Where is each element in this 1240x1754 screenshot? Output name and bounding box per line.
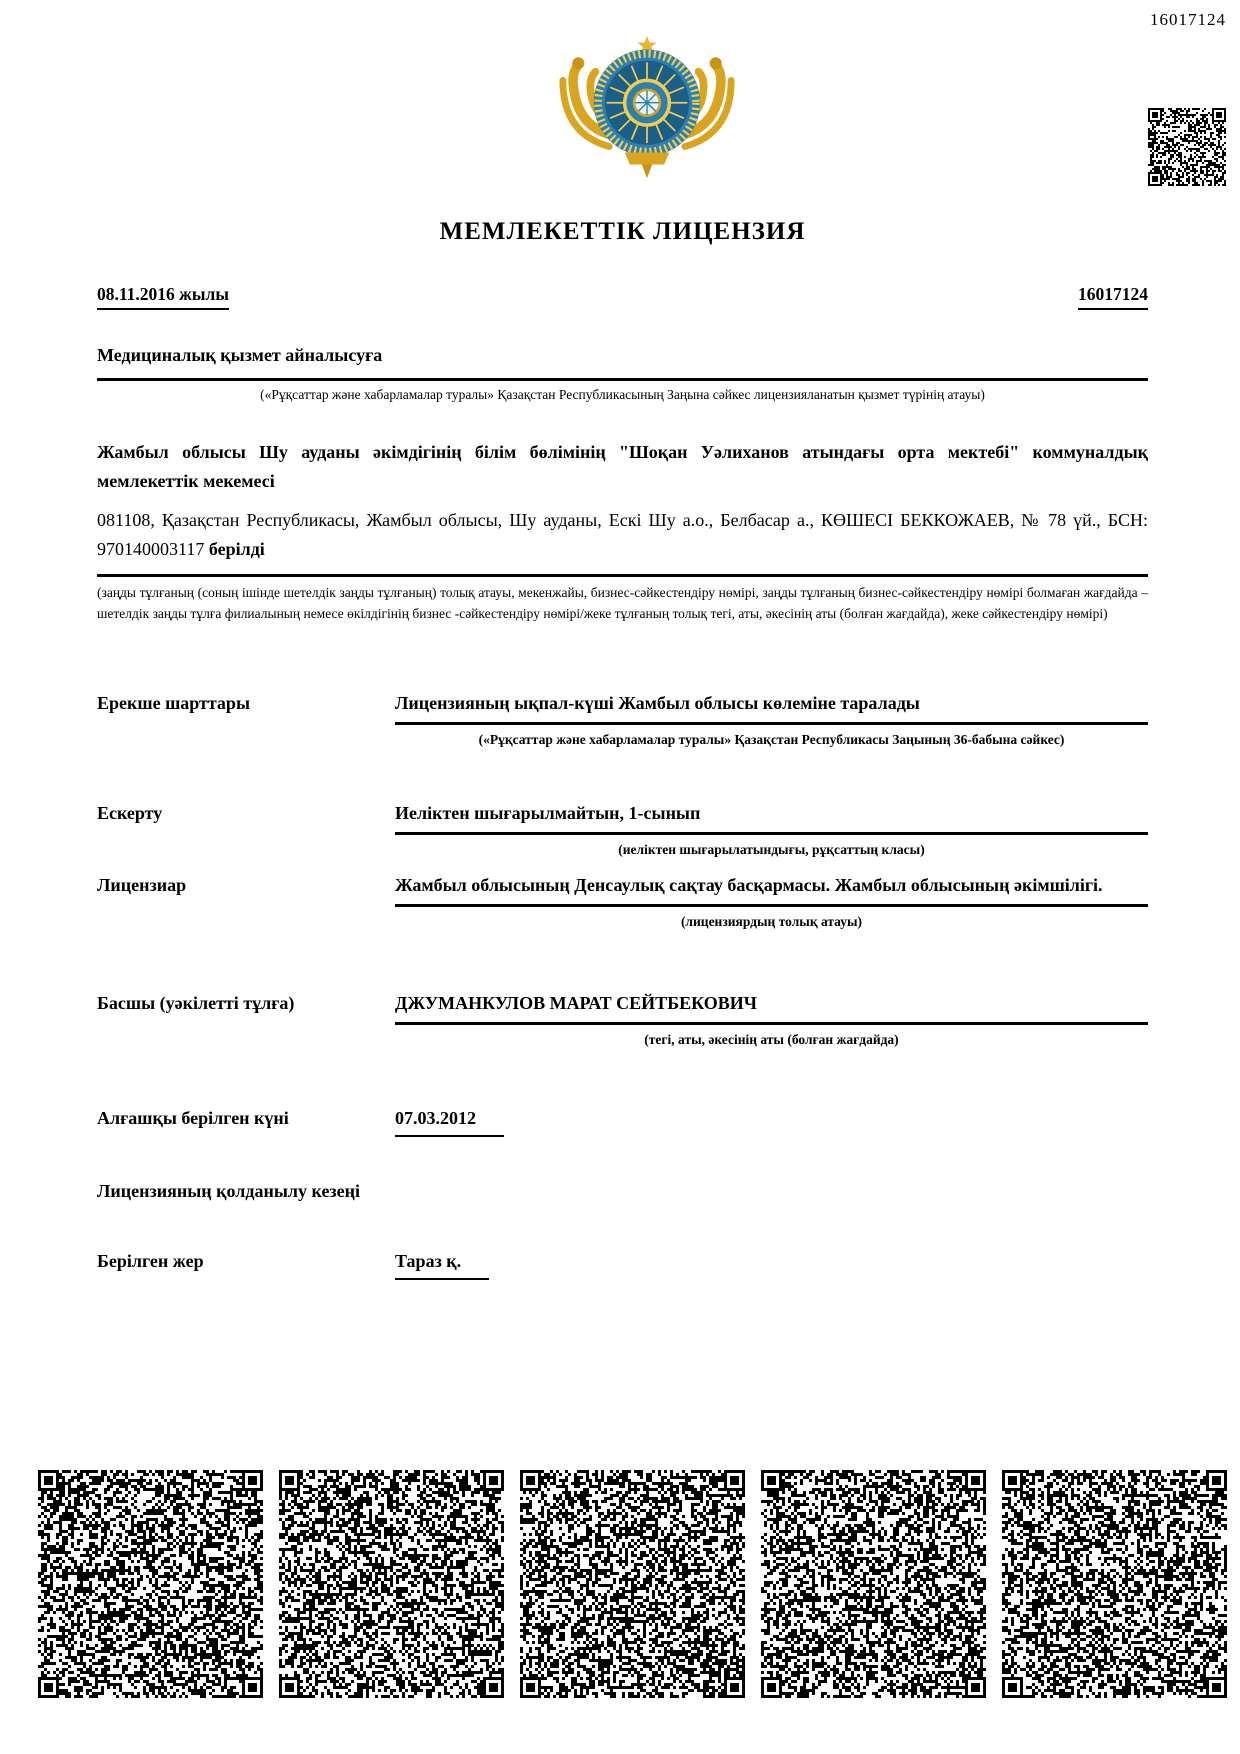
field-label: Ескерту <box>97 800 387 826</box>
field-note: (тегі, аты, әкесінің аты (болған жағдайд… <box>395 1025 1148 1050</box>
field-value: Лицензияның ықпал-күші Жамбыл облысы көл… <box>395 690 1148 725</box>
signature-barcode-icon <box>1002 1470 1228 1698</box>
divider-rule <box>97 378 1148 381</box>
signature-barcode-icon <box>38 1470 264 1698</box>
kazakhstan-emblem-icon <box>552 34 742 180</box>
field-label: Алғашқы берілген күні <box>97 1105 387 1131</box>
field-value: Тараз қ. <box>395 1248 489 1280</box>
document-number-top: 16017124 <box>1150 10 1226 30</box>
signature-barcode-strip <box>38 1470 1232 1698</box>
field-value: Жамбыл облысының Денсаулық сақтау басқар… <box>395 872 1148 907</box>
field-label: Басшы (уәкілетті тұлға) <box>97 990 387 1016</box>
signature-barcode-icon <box>279 1470 505 1698</box>
signature-barcode-icon <box>761 1470 987 1698</box>
licensee-note: (заңды тұлғаның (соның ішінде шетелдік з… <box>97 582 1148 624</box>
field-value: Иеліктен шығарылмайтын, 1-сынып <box>395 800 1148 835</box>
license-document: 16017124 <box>0 0 1240 1754</box>
activity-name: Медициналық қызмет айналысуға <box>97 345 1148 366</box>
issue-date: 08.11.2016 жылы <box>97 284 229 310</box>
license-number: 16017124 <box>1078 284 1148 310</box>
address-issued-word: берілді <box>209 539 265 559</box>
licensee-name: Жамбыл облысы Шу ауданы әкімдігінің білі… <box>97 438 1148 496</box>
field-label: Лицензиар <box>97 872 387 898</box>
field-label: Ерекше шарттары <box>97 690 387 716</box>
qr-code-icon <box>1148 108 1226 186</box>
divider-rule <box>97 574 1148 577</box>
document-title: МЕМЛЕКЕТТІК ЛИЦЕНЗИЯ <box>97 218 1148 246</box>
field-note: (иеліктен шығарылатындығы, рұқсаттың кла… <box>395 835 1148 860</box>
licensee-address: 081108, Қазақстан Республикасы, Жамбыл о… <box>97 506 1148 564</box>
activity-note: («Рұқсаттар және хабарламалар туралы» Қа… <box>97 384 1148 405</box>
field-note: («Рұқсаттар және хабарламалар туралы» Қа… <box>395 725 1148 750</box>
signature-barcode-icon <box>520 1470 746 1698</box>
field-label: Берілген жер <box>97 1248 387 1274</box>
field-note: (лицензиярдың толық атауы) <box>395 907 1148 932</box>
field-value: 07.03.2012 <box>395 1105 504 1137</box>
field-value: ДЖУМАНКУЛОВ МАРАТ СЕЙТБЕКОВИЧ <box>395 990 1148 1025</box>
field-label: Лицензияның қолданылу кезеңі <box>97 1178 387 1204</box>
date-number-row: 08.11.2016 жылы 16017124 <box>97 284 1148 312</box>
